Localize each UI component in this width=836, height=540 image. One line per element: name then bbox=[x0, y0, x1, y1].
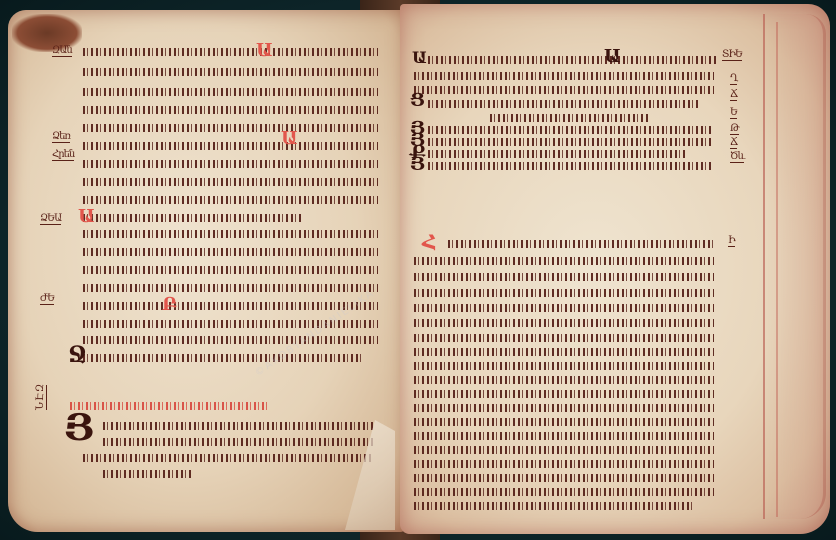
margin-note: ԶԱն bbox=[52, 46, 72, 57]
text-line bbox=[414, 428, 714, 442]
left-page: ԶԱն Ձեռ Հրեն ՁԵԱ ԺԵ Ն Է Զ Ա Ա Ա Բ Ջ Յ ©A… bbox=[8, 10, 406, 532]
text-line bbox=[83, 102, 378, 116]
text-line bbox=[83, 64, 378, 78]
dark-initial: Յ bbox=[410, 156, 425, 174]
red-initial: Հ bbox=[422, 232, 437, 252]
text-line bbox=[83, 298, 378, 312]
red-initial: Բ bbox=[162, 296, 177, 314]
text-line bbox=[83, 244, 378, 258]
dark-initial: Ջ bbox=[68, 344, 87, 366]
text-line bbox=[414, 484, 714, 498]
text-line bbox=[414, 330, 714, 344]
margin-note: Ծև bbox=[730, 152, 744, 163]
text-line bbox=[83, 450, 373, 464]
text-line bbox=[103, 418, 373, 432]
text-line bbox=[83, 210, 303, 224]
text-line bbox=[103, 466, 193, 480]
margin-note: Թ bbox=[730, 124, 739, 135]
margin-note: Ի bbox=[728, 236, 735, 247]
text-line bbox=[83, 262, 378, 276]
text-line bbox=[83, 332, 378, 346]
text-line bbox=[428, 96, 698, 110]
text-line bbox=[414, 372, 714, 386]
text-line bbox=[414, 82, 714, 96]
red-initial: Ա bbox=[78, 208, 95, 226]
text-line bbox=[414, 315, 714, 329]
text-line bbox=[414, 400, 714, 414]
text-line bbox=[83, 226, 378, 240]
text-line bbox=[428, 52, 718, 66]
margin-note: Ե bbox=[730, 108, 737, 119]
page-edges bbox=[776, 22, 812, 517]
text-line bbox=[83, 174, 378, 188]
margin-note: Ճ bbox=[730, 90, 737, 101]
margin-note: Ձեռ bbox=[52, 132, 70, 143]
text-line bbox=[414, 269, 714, 283]
text-line bbox=[414, 358, 714, 372]
dark-initial: Ա bbox=[604, 48, 621, 66]
rubric-heading bbox=[70, 398, 270, 412]
text-line bbox=[414, 285, 714, 299]
dark-initial: Ց bbox=[410, 92, 425, 110]
text-line bbox=[448, 236, 713, 250]
text-line bbox=[83, 280, 378, 294]
dark-initial: Ա bbox=[412, 50, 427, 66]
text-line bbox=[414, 386, 714, 400]
text-line bbox=[83, 44, 378, 58]
text-line bbox=[414, 253, 714, 267]
text-line bbox=[83, 350, 363, 364]
text-line bbox=[428, 158, 713, 172]
text-line bbox=[414, 498, 694, 512]
margin-note: ԺԵ bbox=[40, 294, 54, 305]
text-line bbox=[83, 84, 378, 98]
right-page: ՏԻԵ Ղ Ճ Ե Թ Ճ Ծև Ի Ա Ա Ց Յ Յ Ք Յ Հ bbox=[400, 4, 830, 534]
margin-note: ՏԻԵ bbox=[722, 50, 742, 61]
margin-note: ՁԵԱ bbox=[40, 214, 61, 225]
text-line bbox=[414, 300, 714, 314]
margin-note: Ն Է Զ bbox=[36, 385, 47, 410]
text-line bbox=[83, 192, 378, 206]
dark-initial: Յ bbox=[64, 410, 94, 446]
margin-note: Ղ bbox=[730, 74, 737, 85]
text-line bbox=[414, 442, 714, 456]
text-line bbox=[414, 68, 714, 82]
text-line bbox=[103, 434, 373, 448]
text-line bbox=[414, 470, 714, 484]
red-initial: Ա bbox=[256, 42, 273, 60]
text-line bbox=[83, 120, 378, 134]
margin-note: Հրեն bbox=[52, 150, 74, 161]
text-line bbox=[83, 138, 378, 152]
text-line bbox=[83, 156, 378, 170]
red-initial: Ա bbox=[281, 130, 298, 148]
text-line bbox=[414, 344, 714, 358]
text-line bbox=[414, 414, 714, 428]
text-line bbox=[414, 456, 714, 470]
margin-note: Ճ bbox=[730, 138, 737, 149]
